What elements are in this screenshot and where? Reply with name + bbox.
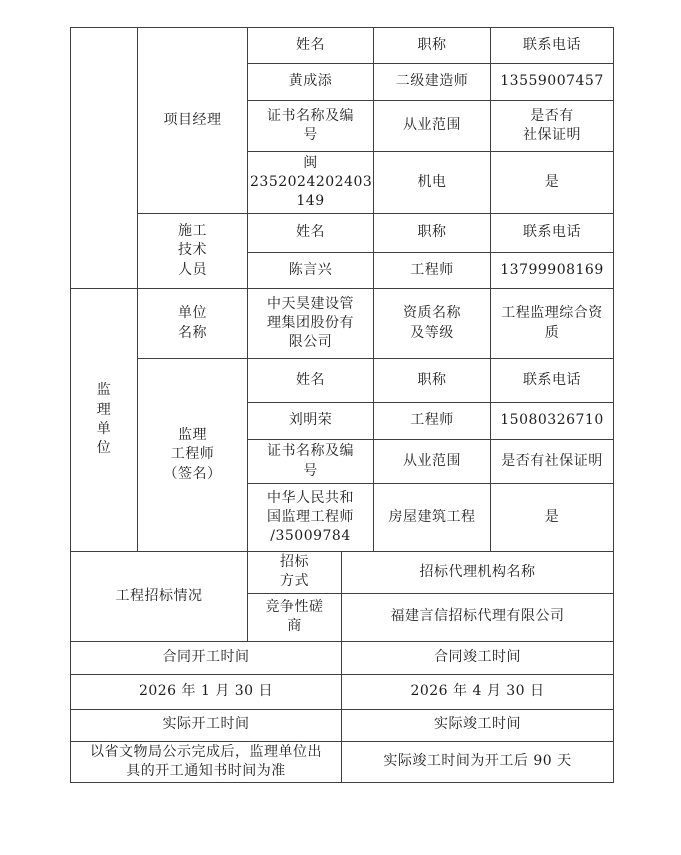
bidding-label-cell: 工程招标情况 — [71, 552, 248, 642]
table-row: 施工 技术 人员 姓名 职称 联系电话 — [71, 214, 614, 253]
table-row: 合同开工时间 合同竣工时间 — [71, 641, 614, 674]
se-social-header-cell: 是否有社保证明 — [491, 440, 614, 484]
table-row: 监理 工程师 （签名） 姓名 职称 联系电话 — [71, 359, 614, 403]
se-cert-header-cell: 证书名称及编 号 — [248, 440, 374, 484]
supervision-engineer-label-cell: 监理 工程师 （签名） — [138, 359, 248, 552]
pm-name-cell: 黄成添 — [248, 64, 374, 101]
contract-start-label-cell: 合同开工时间 — [71, 641, 342, 674]
contract-end-label-cell: 合同竣工时间 — [342, 641, 614, 674]
se-scope-header-cell: 从业范围 — [374, 440, 491, 484]
bidding-method-label-cell: 招标 方式 — [248, 552, 342, 594]
pm-phone-cell: 13559007457 — [491, 64, 614, 101]
project-info-table: 项目经理 姓名 职称 联系电话 黄成添 二级建造师 13559007457 证书… — [70, 27, 614, 783]
se-title-cell: 工程师 — [374, 403, 491, 440]
pm-scope-header-cell: 从业范围 — [374, 101, 491, 152]
actual-end-label-cell: 实际竣工时间 — [342, 709, 614, 741]
bidding-agency-label-cell: 招标代理机构名称 — [342, 552, 614, 594]
table-row: 工程招标情况 招标 方式 招标代理机构名称 — [71, 552, 614, 594]
table-row: 项目经理 姓名 职称 联系电话 — [71, 28, 614, 64]
pm-social-cell: 是 — [491, 152, 614, 214]
tech-name-cell: 陈言兴 — [248, 253, 374, 289]
se-phone-cell: 15080326710 — [491, 403, 614, 440]
tech-phone-header-cell: 联系电话 — [491, 214, 614, 253]
bidding-agency-cell: 福建言信招标代理有限公司 — [342, 593, 614, 641]
se-phone-header-cell: 联系电话 — [491, 359, 614, 403]
pm-title-header-cell: 职称 — [374, 28, 491, 64]
pm-cert-number-cell: 闽 2352024202403 149 — [248, 152, 374, 214]
se-title-header-cell: 职称 — [374, 359, 491, 403]
actual-end-note-cell: 实际竣工时间为开工后 90 天 — [342, 741, 614, 783]
supervision-qualification-cell: 工程监理综合资 质 — [491, 289, 614, 359]
construction-unit-spacer-cell — [71, 28, 138, 289]
pm-social-header-cell: 是否有 社保证明 — [491, 101, 614, 152]
supervision-unit-label-cell: 监 理 单 位 — [71, 289, 138, 552]
tech-name-header-cell: 姓名 — [248, 214, 374, 253]
pm-scope-cell: 机电 — [374, 152, 491, 214]
bidding-method-cell: 竞争性磋 商 — [248, 593, 342, 641]
tech-title-cell: 工程师 — [374, 253, 491, 289]
pm-name-header-cell: 姓名 — [248, 28, 374, 64]
table-row: 以省文物局公示完成后，监理单位出 具的开工通知书时间为准 实际竣工时间为开工后 … — [71, 741, 614, 783]
tech-phone-cell: 13799908169 — [491, 253, 614, 289]
actual-start-note-cell: 以省文物局公示完成后，监理单位出 具的开工通知书时间为准 — [71, 741, 342, 783]
se-scope-cell: 房屋建筑工程 — [374, 484, 491, 552]
supervision-qualification-label-cell: 资质名称 及等级 — [374, 289, 491, 359]
se-name-header-cell: 姓名 — [248, 359, 374, 403]
supervision-company-label-cell: 单位 名称 — [138, 289, 248, 359]
table-row: 监 理 单 位 单位 名称 中天昊建设管 理集团股份有 限公司 资质名称 及等级… — [71, 289, 614, 359]
supervision-company-name-cell: 中天昊建设管 理集团股份有 限公司 — [248, 289, 374, 359]
se-name-cell: 刘明荣 — [248, 403, 374, 440]
contract-start-date-cell: 2026 年 1 月 30 日 — [71, 674, 342, 709]
table-row: 实际开工时间 实际竣工时间 — [71, 709, 614, 741]
se-cert-number-cell: 中华人民共和 国监理工程师 /35009784 — [248, 484, 374, 552]
pm-phone-header-cell: 联系电话 — [491, 28, 614, 64]
pm-cert-header-cell: 证书名称及编 号 — [248, 101, 374, 152]
table-row: 2026 年 1 月 30 日 2026 年 4 月 30 日 — [71, 674, 614, 709]
pm-title-cell: 二级建造师 — [374, 64, 491, 101]
tech-title-header-cell: 职称 — [374, 214, 491, 253]
document-page: 项目经理 姓名 职称 联系电话 黄成添 二级建造师 13559007457 证书… — [0, 0, 681, 855]
project-manager-label-cell: 项目经理 — [138, 28, 248, 214]
tech-staff-label-cell: 施工 技术 人员 — [138, 214, 248, 289]
actual-start-label-cell: 实际开工时间 — [71, 709, 342, 741]
contract-end-date-cell: 2026 年 4 月 30 日 — [342, 674, 614, 709]
se-social-cell: 是 — [491, 484, 614, 552]
